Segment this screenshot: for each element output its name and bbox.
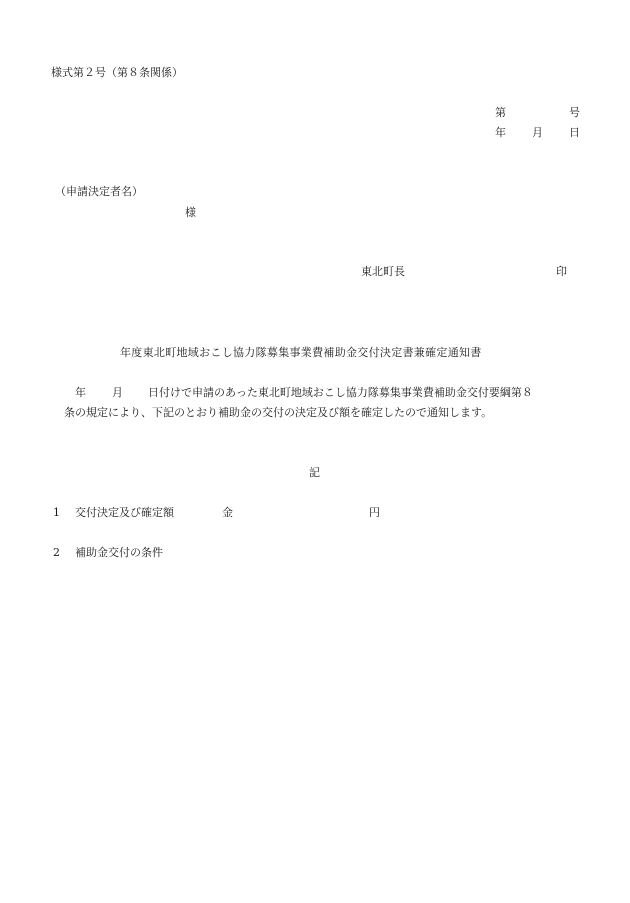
item-1-number: 1 bbox=[53, 506, 60, 520]
seal-mark: 印 bbox=[556, 265, 567, 279]
body-line1: 日付けで申請のあった東北町地域おこし協力隊募集事業費補助金交付要綱第８ bbox=[148, 386, 533, 400]
date-day: 日 bbox=[569, 126, 580, 140]
date-year: 年 bbox=[495, 126, 506, 140]
body-line2: 条の規定により、下記のとおり補助金の交付の決定及び額を確定したので通知します。 bbox=[64, 406, 492, 420]
item-1-yen: 円 bbox=[369, 506, 380, 520]
body-year: 年 bbox=[75, 386, 86, 400]
issuer-name: 東北町長 bbox=[361, 265, 405, 279]
addressee-honorific: 様 bbox=[185, 206, 196, 220]
date-month: 月 bbox=[532, 126, 543, 140]
item-2-number: 2 bbox=[53, 546, 60, 560]
body-month: 月 bbox=[112, 386, 123, 400]
addressee-label: （申請決定者名） bbox=[55, 185, 143, 199]
item-2-label: 補助金交付の条件 bbox=[75, 546, 163, 560]
form-label: 様式第２号（第８条関係） bbox=[51, 66, 183, 80]
item-1-kin: 金 bbox=[222, 506, 233, 520]
doc-number-prefix: 第 bbox=[495, 106, 506, 120]
ki-heading: 記 bbox=[309, 466, 320, 480]
doc-number-suffix: 号 bbox=[569, 106, 580, 120]
document-title: 年度東北町地域おこし協力隊募集事業費補助金交付決定書兼確定通知書 bbox=[120, 346, 482, 360]
item-1-label: 交付決定及び確定額 bbox=[75, 506, 174, 520]
